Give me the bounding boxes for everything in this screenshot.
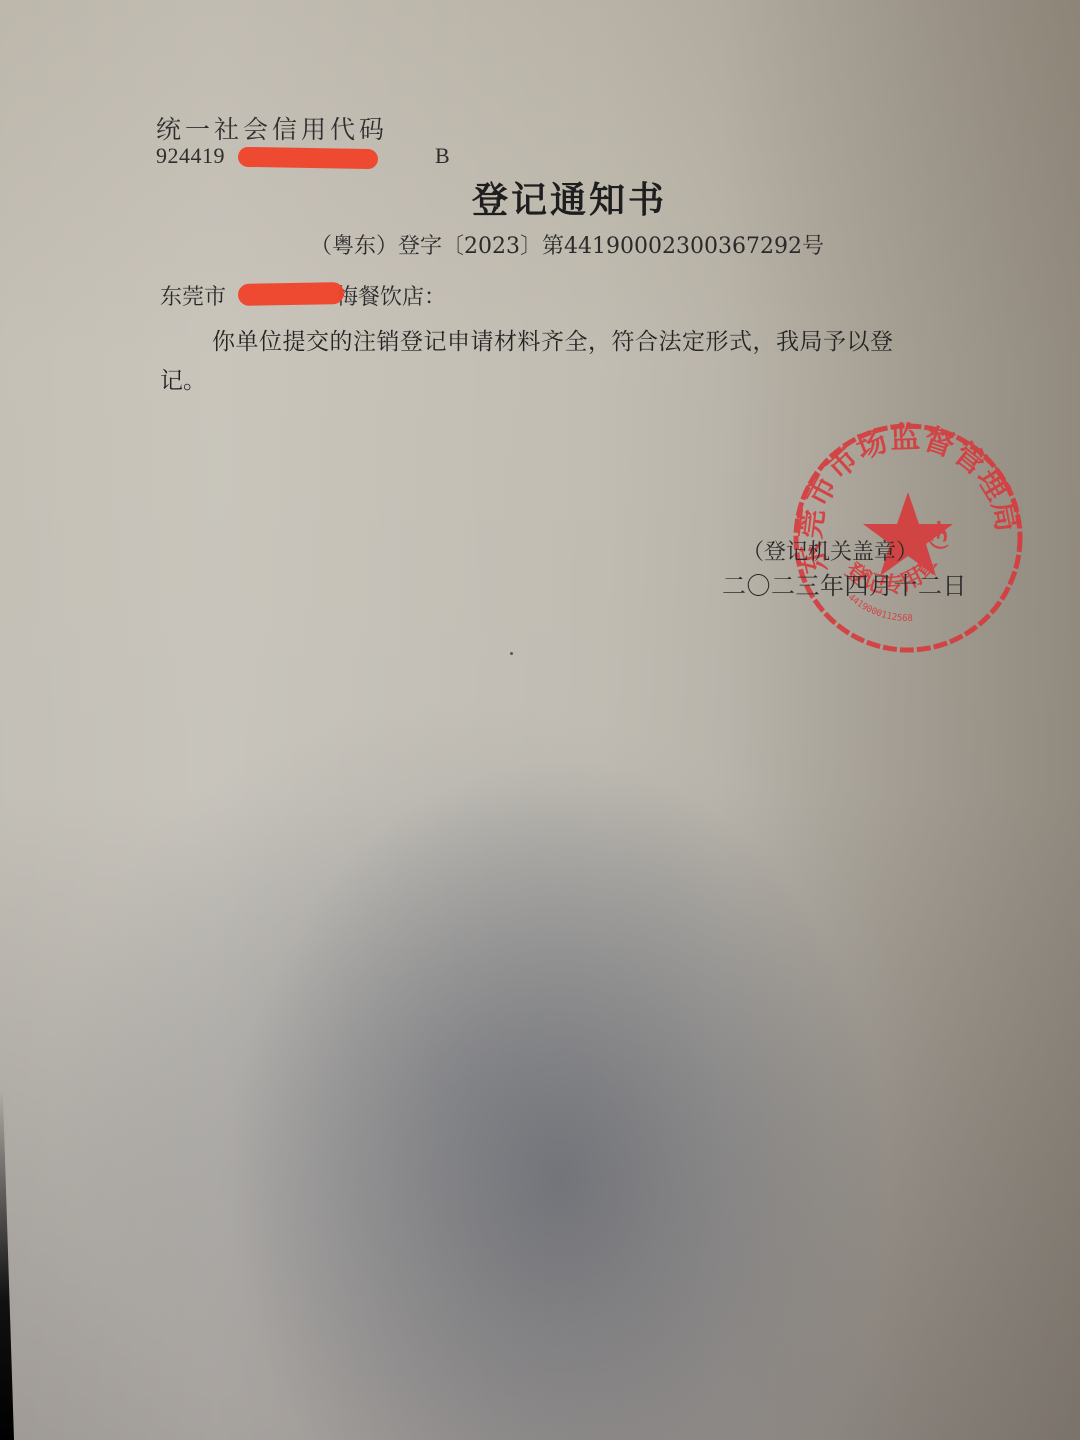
addressee-prefix: 东莞市 bbox=[160, 285, 226, 310]
paper-speck bbox=[510, 652, 513, 655]
credit-code-suffix: B bbox=[435, 143, 450, 168]
issue-date: 二〇二三年四月十二日 bbox=[722, 566, 967, 601]
document-number: （粤东）登字〔2023〕第44190002300367292号 bbox=[310, 229, 824, 260]
addressee-suffix: 梅餐饮店： bbox=[336, 285, 446, 310]
credit-code-label: 统一社会信用代码 bbox=[156, 110, 388, 146]
redaction-mark-code bbox=[238, 147, 378, 169]
stamp-label: （登记机关盖章） bbox=[742, 535, 918, 566]
body-text-line-1: 你单位提交的注销登记申请材料齐全，符合法定形式，我局予以登 bbox=[212, 323, 894, 356]
redaction-mark-name bbox=[238, 282, 344, 306]
body-text-line-2: 记。 bbox=[160, 362, 206, 395]
document-title: 登记通知书 bbox=[472, 172, 667, 223]
document-paper: 统一社会信用代码 924419B 登记通知书 （粤东）登字〔2023〕第4419… bbox=[0, 0, 1080, 1440]
credit-code-prefix: 924419 bbox=[156, 143, 225, 168]
